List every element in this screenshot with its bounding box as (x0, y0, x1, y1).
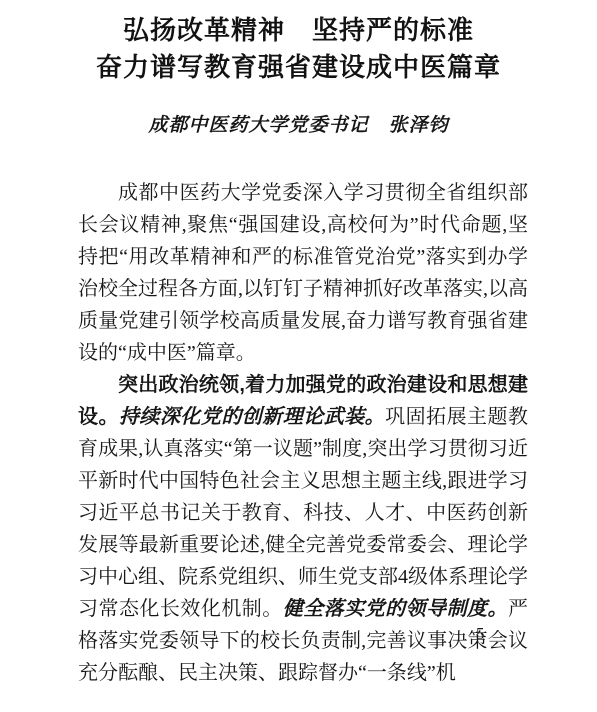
author-byline: 成都中医药大学党委书记 张泽钧 (0, 110, 597, 137)
article-title-line1: 弘扬改革精神 坚持严的标准 (0, 12, 597, 49)
paragraph-2-text-1: 巩固拓展主题教育成果,认真落实“第一议题”制度,突出学习贯彻习近平新时代中国特色… (78, 406, 528, 620)
document-page: 弘扬改革精神 坚持严的标准 奋力谱写教育强省建设成中医篇章 成都中医药大学党委书… (0, 0, 597, 712)
paragraph-2: 突出政治统领,着力加强党的政治建设和思想建设。持续深化党的创新理论武装。巩固拓展… (78, 369, 528, 689)
article-title: 弘扬改革精神 坚持严的标准 奋力谱写教育强省建设成中医篇章 (0, 0, 597, 86)
paragraph-2-emphasis-1: 持续深化党的创新理论武装。 (119, 406, 385, 428)
page-number: 5 (476, 624, 485, 644)
article-title-line2: 奋力谱写教育强省建设成中医篇章 (0, 49, 597, 86)
paragraph-1: 成都中医药大学党委深入学习贯彻全省组织部长会议精神,聚焦“强国建设,高校何为”时… (78, 177, 528, 369)
paragraph-2-emphasis-2: 健全落实党的领导制度。 (283, 598, 508, 620)
article-body: 成都中医药大学党委深入学习贯彻全省组织部长会议精神,聚焦“强国建设,高校何为”时… (78, 177, 528, 689)
